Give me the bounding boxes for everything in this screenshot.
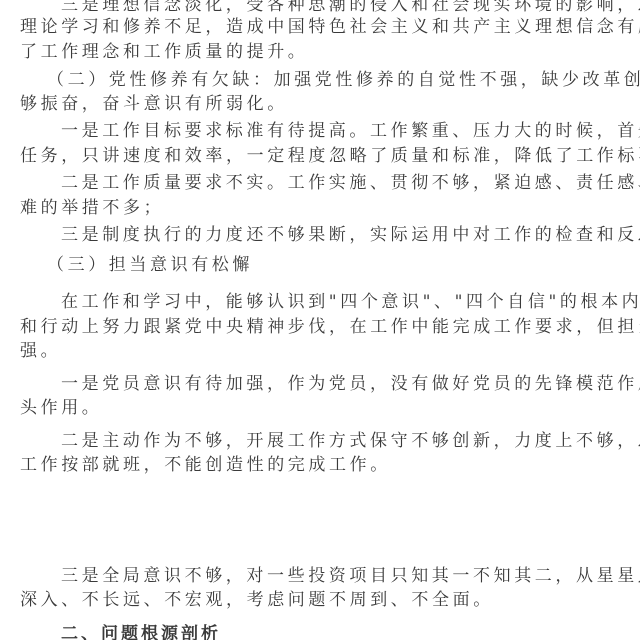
paragraph-line: 三是制度执行的力度还不够果断，实际运用中对工作的检查和反思不到位。: [61, 225, 640, 245]
paragraph-line: 理论学习和修养不足，造成中国特色社会主义和共产主义理想信念有所淡化，一定程度上影…: [20, 17, 624, 37]
subheading-responsibility: （三）担当意识有松懈: [47, 255, 640, 275]
paragraph-line: 够振奋，奋斗意识有所弱化。: [20, 94, 624, 114]
paragraph-line: 三是理想信念淡化，受各种思潮的侵入和社会现实环境的影响，思想容易产生波动，加之: [61, 0, 640, 15]
paragraph-line: 工作按部就班，不能创造性的完成工作。: [20, 455, 624, 475]
paragraph-line: 任务，只讲速度和效率，一定程度忽略了质量和标准，降低了工作标准和要求；: [20, 146, 624, 166]
paragraph-line: 在工作和学习中，能够认识到"四个意识"、"四个自信"的根本内涵和实际意义，在思想…: [61, 292, 640, 312]
paragraph-line: 难的举措不多；: [20, 198, 624, 218]
paragraph-line: 深入、不长远、不宏观，考虑问题不周到、不全面。: [20, 590, 624, 610]
subheading-party-spirit: （二）党性修养有欠缺：加强党性修养的自觉性不强，缺少改革创新的勇气，精神状态不: [47, 70, 640, 90]
paragraph-line: 头作用。: [20, 398, 624, 418]
paragraph-line: 强。: [20, 341, 624, 361]
section-heading-root-cause: 二、问题根源剖析: [61, 624, 640, 640]
paragraph-line: 一是工作目标要求标准有待提高。工作繁重、压力大的时候，首先想到的是怎样尽快完成: [61, 121, 640, 141]
paragraph-line: 二是工作质量要求不实。工作实施、贯彻不够，紧迫感、责任感、使命感不够强，攻坚克: [61, 173, 640, 193]
paragraph-line: 二是主动作为不够，开展工作方式保守不够创新，力度上不够，思路创新不够。对交代的: [61, 431, 640, 451]
document-page: 三是理想信念淡化，受各种思潮的侵入和社会现实环境的影响，思想容易产生波动，加之 …: [0, 0, 640, 640]
paragraph-line: 一是党员意识有待加强，作为党员，没有做好党员的先锋模范作用，在工作中没有起好带: [61, 374, 640, 394]
paragraph-line: 三是全局意识不够，对一些投资项目只知其一不知其二，从星星点点看问题，考虑问题不: [61, 566, 640, 586]
paragraph-line: 和行动上努力跟紧党中央精神步伐，在工作中能完成工作要求，但担当作为精神有待进一步…: [20, 317, 624, 337]
paragraph-line: 了工作理念和工作质量的提升。: [20, 42, 624, 62]
